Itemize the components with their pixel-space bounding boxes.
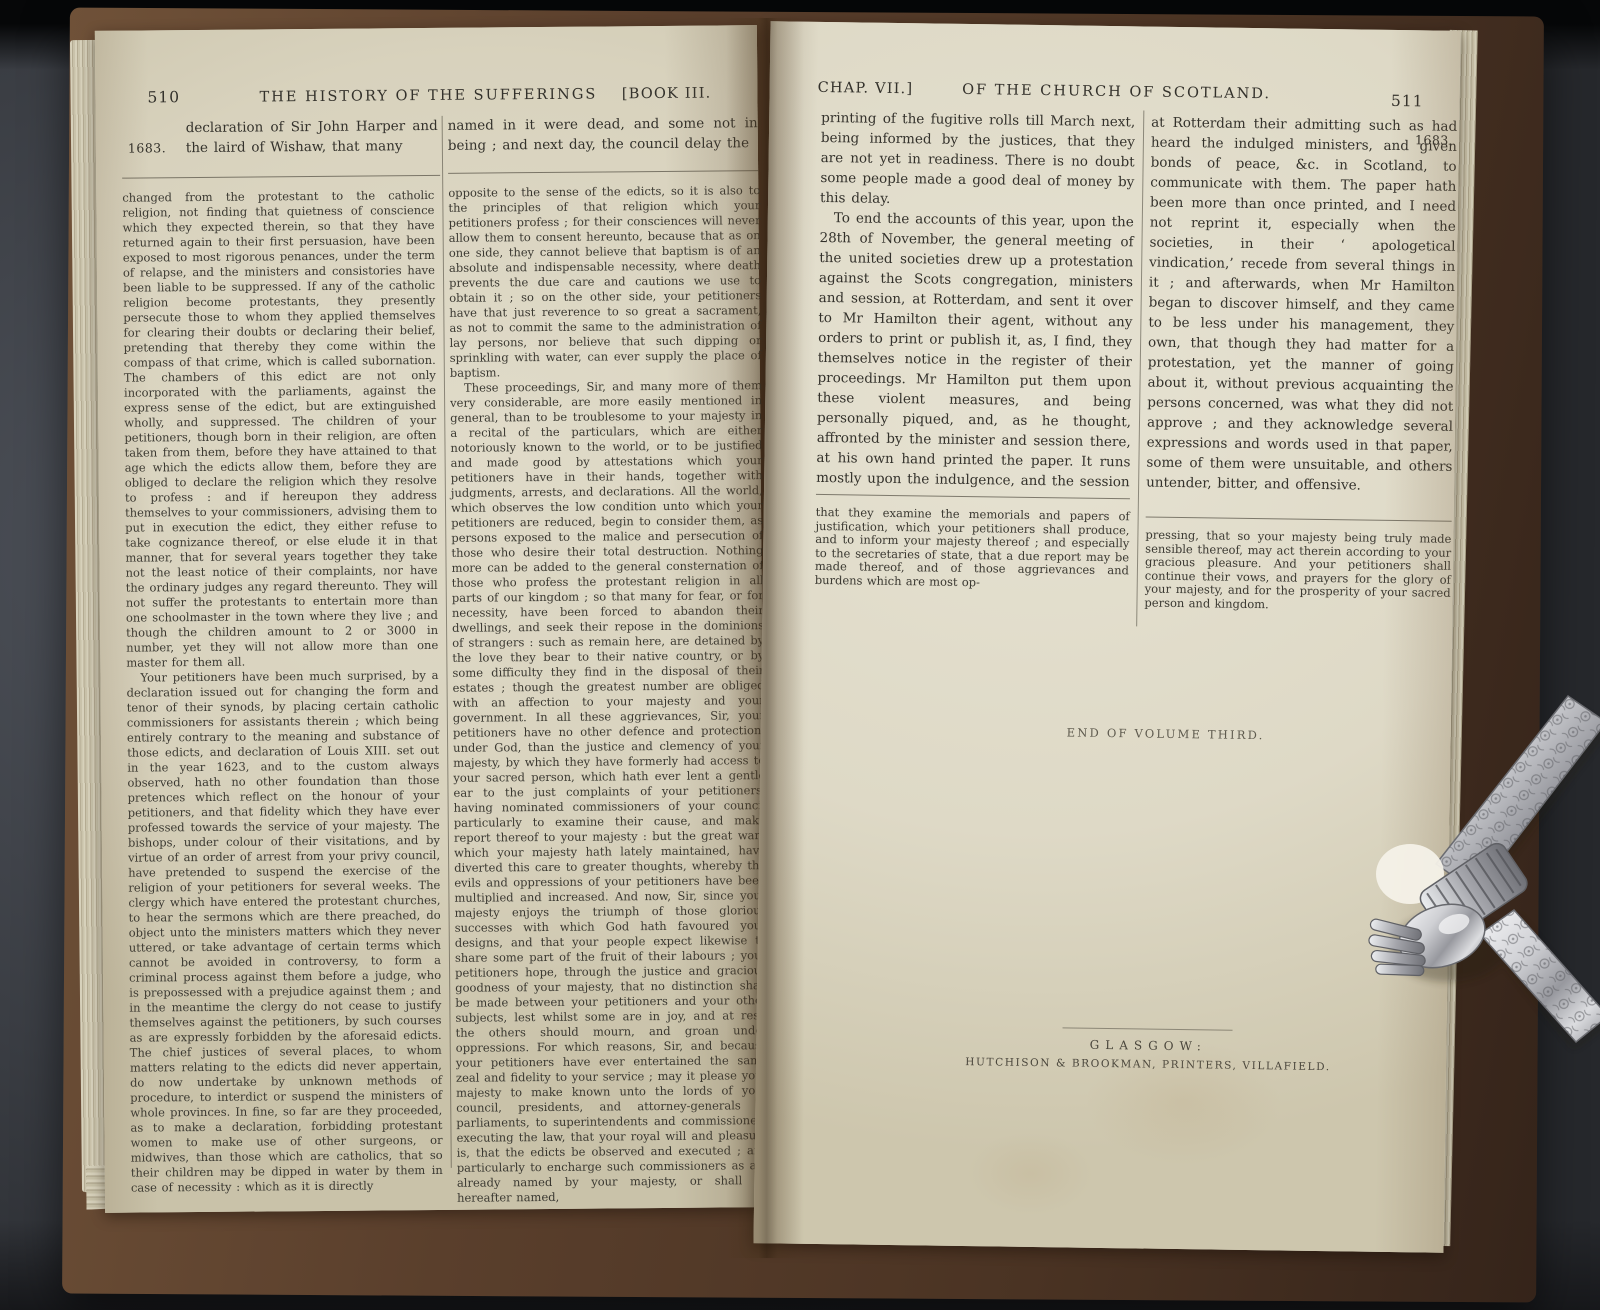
right-col1-paragraph-1: printing of the fugitive rolls till Marc… [820, 108, 1135, 212]
right-running-title: OF THE CHURCH OF SCOTLAND. [804, 80, 1430, 105]
right-main-column-1: printing of the fugitive rolls till Marc… [816, 108, 1135, 492]
left-body-column-2: named in it were dead, and some not in b… [448, 113, 758, 156]
right-page-header: CHAP. VII.] OF THE CHURCH OF SCOTLAND. 5… [803, 78, 1429, 109]
left-body-column-1: declaration of Sir John Harper and the l… [186, 116, 438, 158]
left-footnote-col2-paragraph-2: These proceedings, Sir, and many more of… [450, 378, 769, 1206]
photo-of-open-book: { "palette": { "background": "#3a3d43", … [0, 0, 1600, 1310]
end-of-volume-label: END OF VOLUME THIRD. [1001, 725, 1331, 744]
left-footnote-col1-paragraph-2: Your petitioners have been much surprise… [126, 668, 443, 1196]
imprint-city: GLASGOW: [988, 1036, 1308, 1054]
imprint-rule [1063, 1027, 1233, 1030]
left-footnote-col2-paragraph-1: opposite to the sense of the edicts, so … [448, 183, 762, 381]
right-margin-year: 1683. [1415, 132, 1454, 148]
left-book-label: [BOOK III. [622, 86, 712, 103]
left-page-number: 510 [147, 88, 180, 106]
right-col2-paragraph-1: at Rotterdam their admitting such as had… [1146, 113, 1457, 497]
right-page-number: 511 [1391, 92, 1424, 110]
bookmark-lower-strap [1480, 910, 1600, 1042]
silver-bookmark-clasp [1368, 686, 1600, 1054]
left-footnote-rule-col2 [448, 170, 758, 174]
bookmark-upper-strap [1436, 696, 1600, 892]
imprint-printer: HUTCHISON & BROOKMAN, PRINTERS, VILLAFIE… [908, 1055, 1388, 1074]
left-column-divider [442, 116, 452, 1168]
right-page: CHAP. VII.] OF THE CHURCH OF SCOTLAND. 5… [754, 21, 1461, 1253]
right-main-column-2: at Rotterdam their admitting such as had… [1146, 113, 1457, 497]
left-margin-year: 1683. [128, 140, 166, 155]
left-footnote-rule-col1 [122, 175, 440, 179]
right-footnote-column-1: that they examine the memorials and pape… [815, 506, 1130, 592]
left-footnote-column-1: changed from the protestant to the catho… [122, 188, 443, 1196]
right-chapter-label: CHAP. VII.] [818, 80, 914, 97]
right-col1-paragraph-2: To end the accounts of this year, upon t… [816, 208, 1134, 492]
right-footnote-rule-col2 [1146, 517, 1452, 522]
left-footnote-col1-paragraph-1: changed from the protestant to the catho… [122, 188, 438, 671]
right-footnote-rule-col1 [816, 494, 1130, 499]
right-column-divider [1136, 110, 1144, 626]
left-page-header: 510 THE HISTORY OF THE SUFFERINGS [BOOK … [123, 83, 733, 110]
left-running-title: THE HISTORY OF THE SUFFERINGS [123, 85, 733, 106]
left-page: 510 THE HISTORY OF THE SUFFERINGS [BOOK … [95, 25, 767, 1213]
right-footnote-column-2: pressing, that so your majesty being tru… [1144, 529, 1451, 615]
left-footnote-column-2: opposite to the sense of the edicts, so … [448, 183, 769, 1206]
